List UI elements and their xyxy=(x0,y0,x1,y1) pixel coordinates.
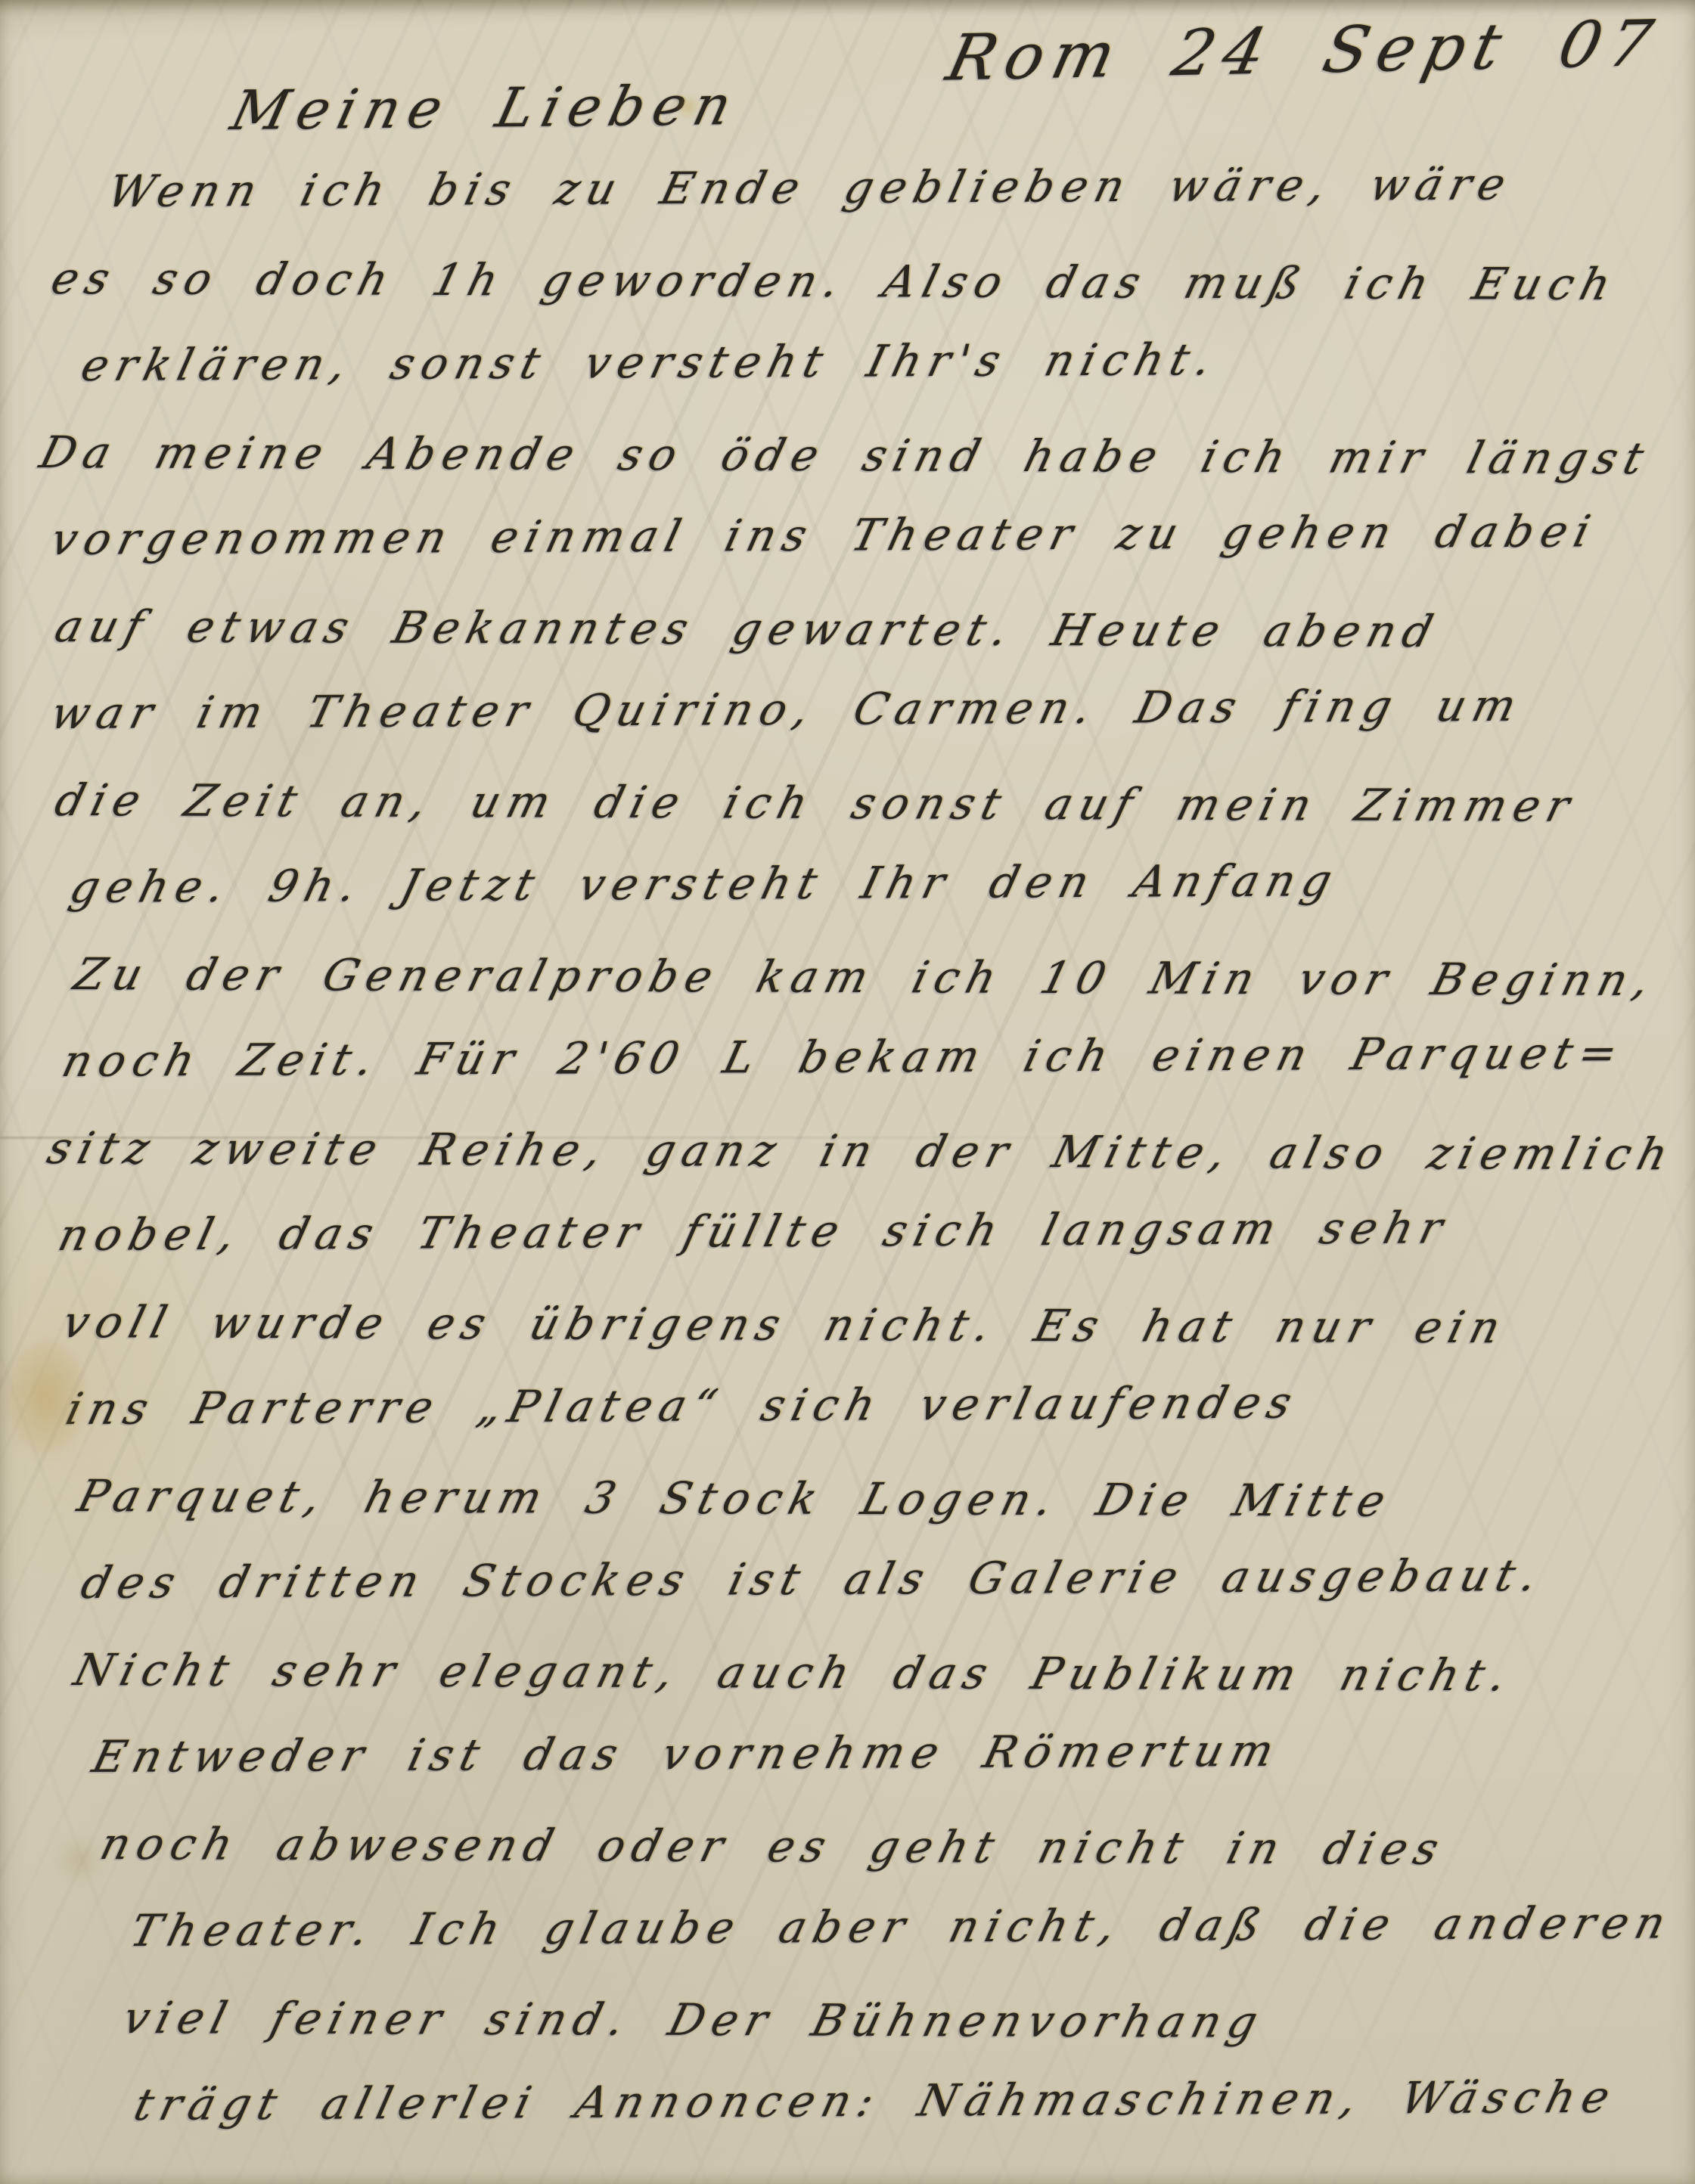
handwritten-line: des dritten Stockes ist als Galerie ausg… xyxy=(72,1531,1695,1627)
letter-body: Wenn ich bis zu Ende geblieben wäre, wär… xyxy=(0,148,1695,2148)
date-line: Rom 24 Sept 07 xyxy=(940,6,1668,95)
letter-page: Rom 24 Sept 07 Meine Lieben Wenn ich bis… xyxy=(0,0,1695,2184)
handwritten-line: trägt allerlei Annoncen: Nähmaschinen, W… xyxy=(125,2053,1695,2148)
handwritten-line: viel feiner sind. Der Bühnenvorhang xyxy=(113,1975,1695,2068)
salutation: Meine Lieben xyxy=(225,73,747,142)
handwritten-line: erklären, sonst versteht Ihr's nicht. xyxy=(72,314,1695,409)
handwritten-line: Theater. Ich glaube aber nicht, daß die … xyxy=(121,1879,1695,1975)
handwritten-line: gehe. 9h. Jetzt versteht Ihr den Anfang xyxy=(61,836,1695,931)
handwritten-line: Entweder ist das vornehme Römertum xyxy=(83,1705,1695,1801)
handwritten-line: Wenn ich bis zu Ende geblieben wäre, wär… xyxy=(98,140,1695,235)
handwritten-line: vorgenommen einmal ins Theater zu gehen … xyxy=(42,488,1695,583)
handwritten-line: war im Theater Quirino, Carmen. Das fing… xyxy=(42,662,1695,757)
handwritten-line: ins Parterre „Platea“ sich verlaufendes xyxy=(57,1357,1695,1453)
handwritten-line: noch abwesend oder es geht nicht in dies xyxy=(91,1801,1695,1894)
handwritten-line: nobel, das Theater füllte sich langsam s… xyxy=(49,1184,1695,1279)
handwritten-line: noch Zeit. Für 2'60 L bekam ich einen Pa… xyxy=(53,1010,1695,1105)
